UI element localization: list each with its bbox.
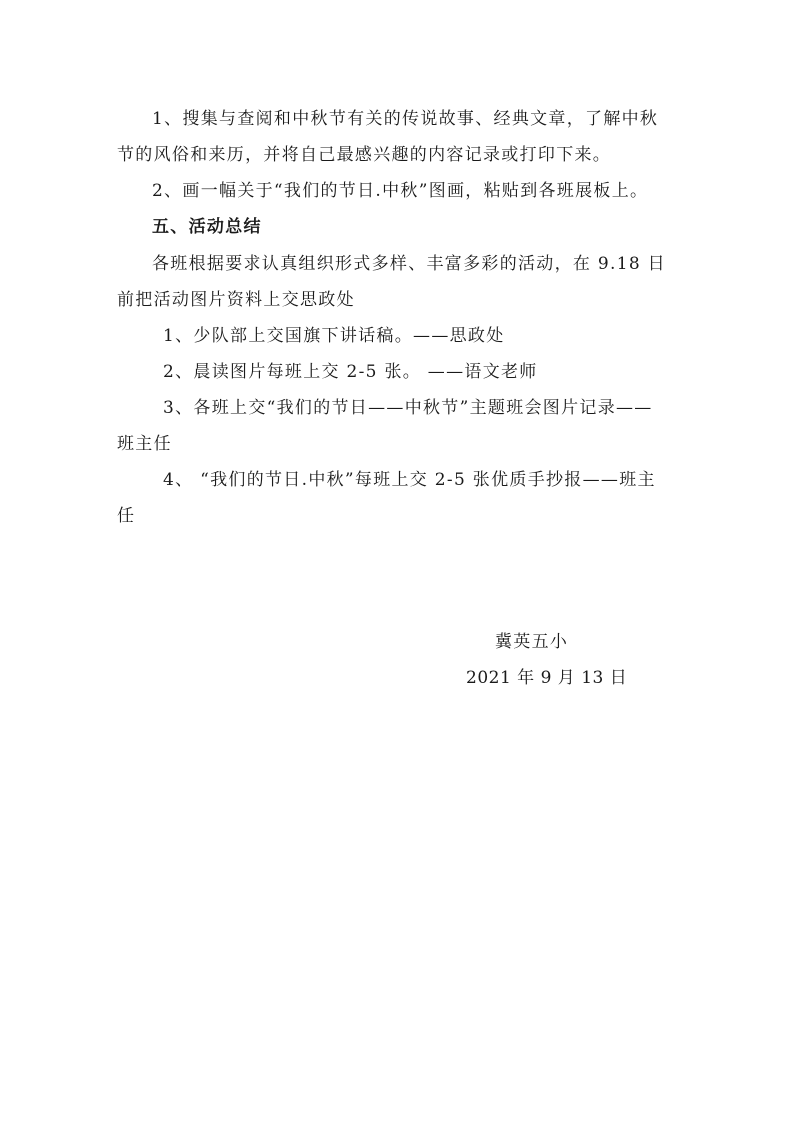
summary-paragraph-line-1: 各班根据要求认真组织形式多样、丰富多彩的活动，在 9.18 日 (152, 254, 666, 274)
signature-organization: 冀英五小 (495, 632, 568, 652)
signature-date: 2021 年 9 月 13 日 (466, 668, 627, 688)
paragraph-task-2: 2、画一幅关于“我们的节日.中秋”图画，粘贴到各班展板上。 (152, 181, 648, 201)
paragraph-task-1-line-2: 节的风俗和来历，并将自己最感兴趣的内容记录或打印下来。 (117, 145, 611, 165)
submission-item-4-line-2: 任 (117, 506, 135, 526)
submission-item-3-line-2: 班主任 (117, 434, 172, 454)
section-heading-summary: 五、活动总结 (152, 217, 262, 237)
submission-item-2: 2、晨读图片每班上交 2-5 张。 ——语文老师 (163, 362, 538, 382)
submission-item-4-line-1: 4、 “我们的节日.中秋”每班上交 2-5 张优质手抄报——班主 (163, 470, 656, 490)
submission-item-1: 1、少队部上交国旗下讲话稿。——思政处 (163, 326, 505, 346)
summary-paragraph-line-2: 前把活动图片资料上交思政处 (117, 290, 355, 310)
document-page: 1、搜集与查阅和中秋节有关的传说故事、经典文章，了解中秋 节的风俗和来历，并将自… (0, 0, 793, 1122)
submission-item-3-line-1: 3、各班上交“我们的节日——中秋节”主题班会图片记录—— (163, 398, 653, 418)
paragraph-task-1-line-1: 1、搜集与查阅和中秋节有关的传说故事、经典文章，了解中秋 (152, 109, 658, 129)
